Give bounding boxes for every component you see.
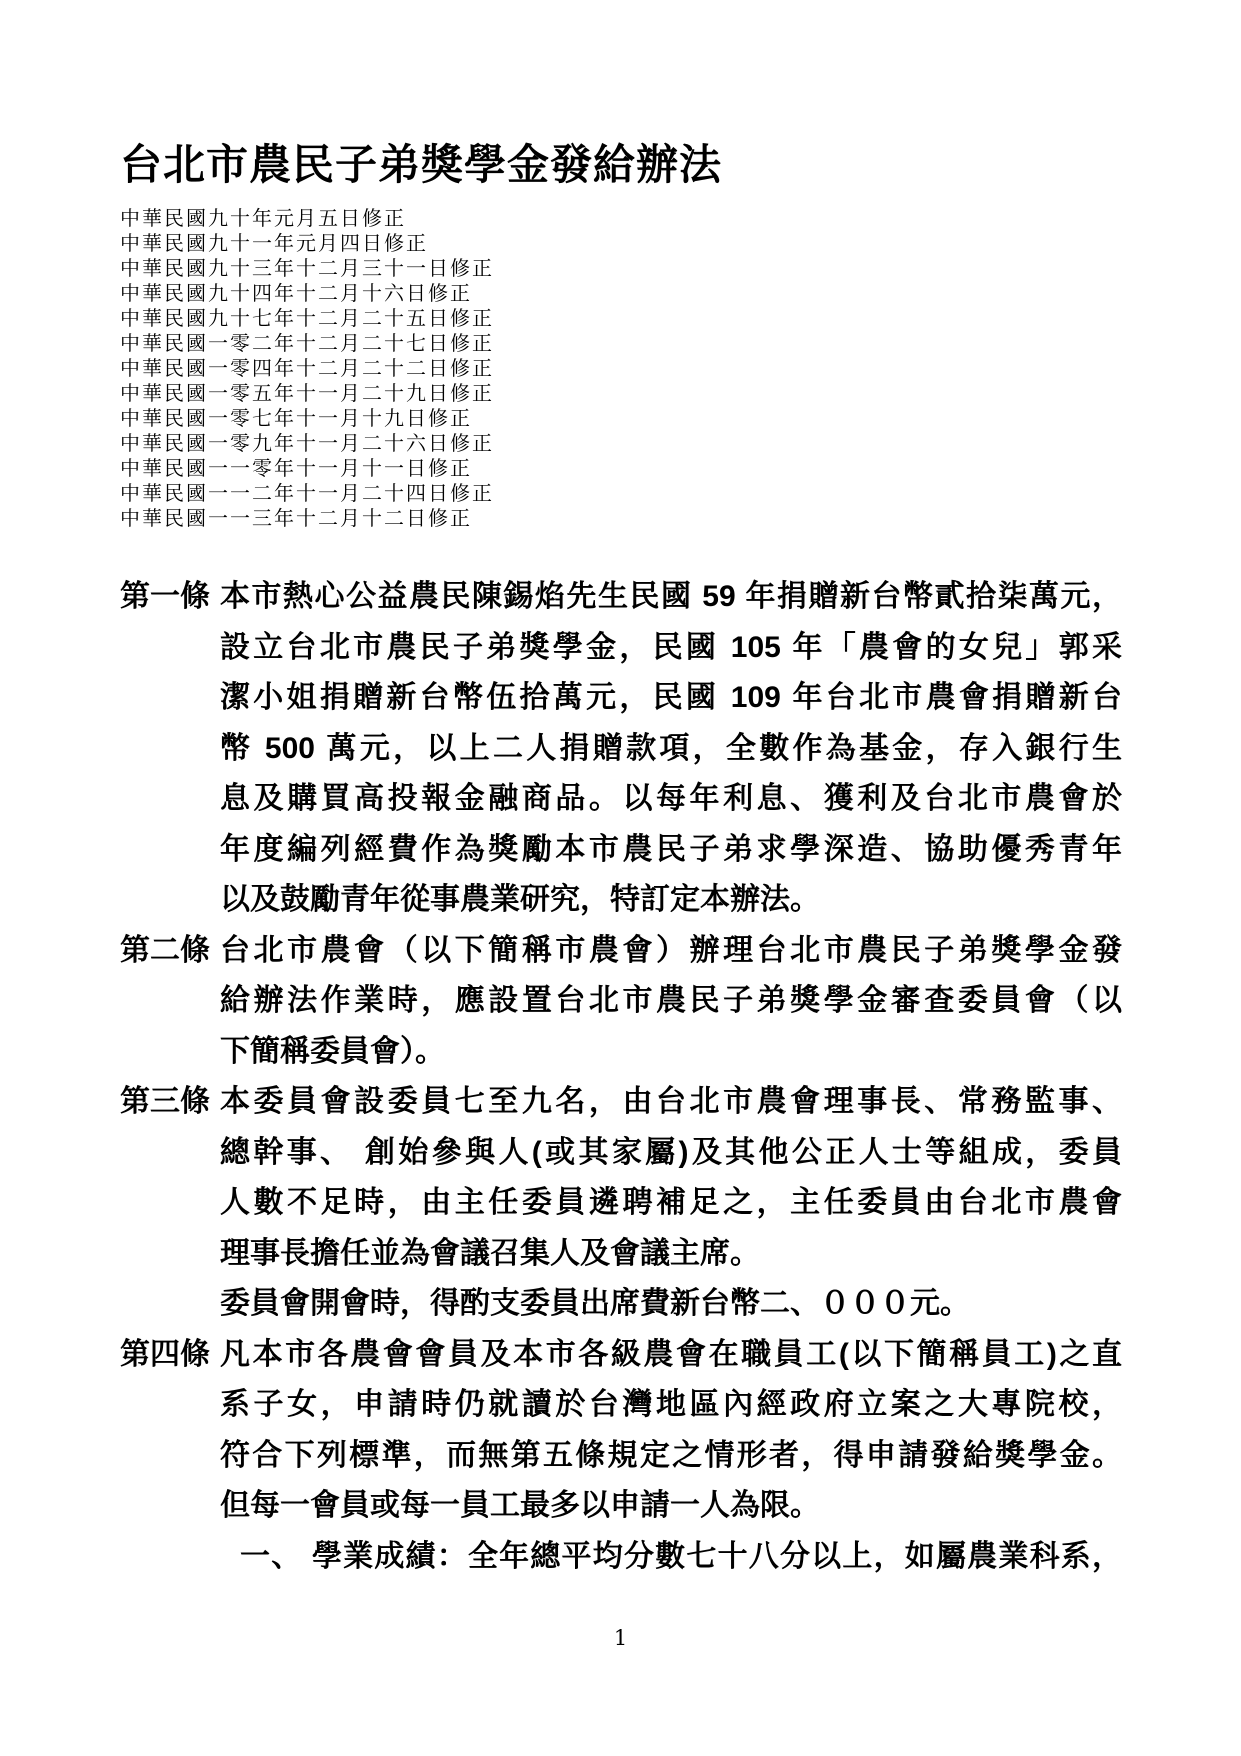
article-text-line: 符合下列標準，而無第五條規定之情形者，得申請發給獎學金。 [220,1431,1122,1482]
revision-line: 中華民國一一二年十一月二十四日修正 [120,481,1122,506]
article-text-line: 下簡稱委員會）。 [220,1027,1122,1078]
revision-line: 中華民國一零五年十一月二十九日修正 [120,381,1122,406]
article-1: 第一條 本市熱心公益農民陳錫焰先生民國 59 年捐贈新台幣貳拾柒萬元， 設立台北… [120,572,1122,926]
article-2: 第二條 台北市農會（以下簡稱市農會）辦理台北市農民子弟獎學金發 給辦法作業時，應… [120,926,1122,1078]
article-text-line: 本市熱心公益農民陳錫焰先生民國 59 年捐贈新台幣貳拾柒萬元， [220,572,1122,623]
revision-line: 中華民國一零四年十二月二十二日修正 [120,356,1122,381]
revision-history: 中華民國九十年元月五日修正 中華民國九十一年元月四日修正 中華民國九十三年十二月… [120,206,1122,531]
article-text: 本委員會設委員七至九名，由台北市農會理事長、常務監事、 總幹事、 創始參與人(或… [220,1077,1122,1330]
document-page: 台北市農民子弟獎學金發給辦法 中華民國九十年元月五日修正 中華民國九十一年元月四… [0,0,1241,1756]
article-text-line: 幣 500 萬元，以上二人捐贈款項，全數作為基金，存入銀行生 [220,724,1122,775]
article-text-line: 息及購買高投報金融商品。以每年利息、獲利及台北市農會於 [220,774,1122,825]
article-text-line: 年度編列經費作為獎勵本市農民子弟求學深造、協助優秀青年 [220,825,1122,876]
article-text-line: 台北市農會（以下簡稱市農會）辦理台北市農民子弟獎學金發 [220,926,1122,977]
article-number: 第三條 [120,1077,210,1128]
revision-line: 中華民國一零七年十一月十九日修正 [120,406,1122,431]
article-text: 本市熱心公益農民陳錫焰先生民國 59 年捐贈新台幣貳拾柒萬元， 設立台北市農民子… [220,572,1122,926]
article-number: 第二條 [120,926,210,977]
revision-line: 中華民國一一零年十一月十一日修正 [120,456,1122,481]
article-text-line: 設立台北市農民子弟獎學金，民國 105 年「農會的女兒」郭采 [220,623,1122,674]
article-4: 第四條 凡本市各農會會員及本市各級農會在職員工(以下簡稱員工)之直 系子女，申請… [120,1330,1122,1583]
article-number: 第四條 [120,1330,210,1381]
document-content: 台北市農民子弟獎學金發給辦法 中華民國九十年元月五日修正 中華民國九十一年元月四… [120,0,1122,1582]
revision-line: 中華民國九十四年十二月十六日修正 [120,281,1122,306]
revision-line: 中華民國一零九年十一月二十六日修正 [120,431,1122,456]
article-text-line: 系子女，申請時仍就讀於台灣地區內經政府立案之大專院校， [220,1380,1122,1431]
revision-line: 中華民國九十一年元月四日修正 [120,231,1122,256]
article-number: 第一條 [120,572,210,623]
article-text-line: 但每一會員或每一員工最多以申請一人為限。 [220,1481,1122,1532]
article-text-line: 給辦法作業時，應設置台北市農民子弟獎學金審查委員會（以 [220,976,1122,1027]
article-text-line: 本委員會設委員七至九名，由台北市農會理事長、常務監事、 [220,1077,1122,1128]
article-text: 台北市農會（以下簡稱市農會）辦理台北市農民子弟獎學金發 給辦法作業時，應設置台北… [220,926,1122,1078]
revision-line: 中華民國九十年元月五日修正 [120,206,1122,231]
revision-line: 中華民國九十三年十二月三十一日修正 [120,256,1122,281]
article-3: 第三條 本委員會設委員七至九名，由台北市農會理事長、常務監事、 總幹事、 創始參… [120,1077,1122,1330]
article-text-line: 委員會開會時，得酌支委員出席費新台幣二、０００元。 [220,1279,1122,1330]
article-text-line: 理事長擔任並為會議召集人及會議主席。 [220,1229,1122,1280]
article-text-line: 總幹事、 創始參與人(或其家屬)及其他公正人士等組成，委員 [220,1128,1122,1179]
article-text-line: 潔小姐捐贈新台幣伍拾萬元，民國 109 年台北市農會捐贈新台 [220,673,1122,724]
article-text-line: 凡本市各農會會員及本市各級農會在職員工(以下簡稱員工)之直 [220,1330,1122,1381]
page-number: 1 [0,1626,1241,1651]
document-title: 台北市農民子弟獎學金發給辦法 [120,140,1122,190]
revision-line: 中華民國一零二年十二月二十七日修正 [120,331,1122,356]
article-text: 凡本市各農會會員及本市各級農會在職員工(以下簡稱員工)之直 系子女，申請時仍就讀… [220,1330,1122,1583]
revision-line: 中華民國一一三年十二月十二日修正 [120,506,1122,531]
document-body: 第一條 本市熱心公益農民陳錫焰先生民國 59 年捐贈新台幣貳拾柒萬元， 設立台北… [120,572,1122,1582]
article-text-line: 人數不足時，由主任委員遴聘補足之，主任委員由台北市農會 [220,1178,1122,1229]
revision-line: 中華民國九十七年十二月二十五日修正 [120,306,1122,331]
article-text-line: 以及鼓勵青年從事農業研究，特訂定本辦法。 [220,875,1122,926]
article-list-item-line: 一、 學業成績：全年總平均分數七十八分以上，如屬農業科系， [220,1532,1122,1583]
